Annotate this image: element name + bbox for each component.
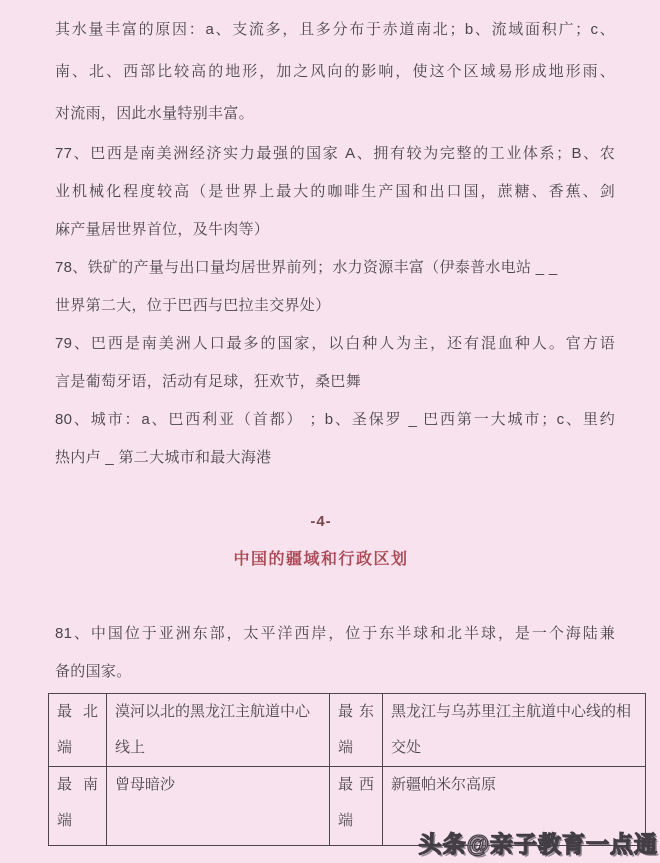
section-title: 中国的疆域和行政区划 [55, 541, 587, 579]
page-number: -4- [55, 503, 587, 541]
text-line: 端 [57, 803, 98, 839]
text-line: 78、铁矿的产量与出口量均居世界前列；水力资源丰富（伊泰普水电站 _ _ [55, 249, 615, 287]
text-line: 对流雨，因此水量特别丰富。 [55, 93, 615, 135]
text-line: 最 南 [57, 767, 98, 803]
text-line: 热内卢 _ 第二大城市和最大海港 [55, 439, 615, 477]
document-page: 其水量丰富的原因：a、支流多，且多分布于赤道南北；b、流域面积广；c、 南、北、… [0, 0, 660, 863]
text-line: 端 [338, 803, 374, 839]
text-line [115, 803, 321, 839]
text-line: 最 东 [338, 694, 374, 730]
table-row: 最 北 端 漠河以北的黑龙江主航道中心 线上 最 东 端 黑龙江与乌苏里江主航道… [49, 694, 646, 767]
text-line: 漠河以北的黑龙江主航道中心 [115, 694, 321, 730]
text-line: 77、巴西是南美洲经济实力最强的国家 A、拥有较为完整的工业体系；B、农 [55, 135, 615, 173]
paragraph-note-79: 79、巴西是南美洲人口最多的国家，以白种人为主，还有混血种人。官方语 言是葡萄牙… [55, 325, 615, 401]
text-line: 最 北 [57, 694, 98, 730]
extreme-label-cell: 最 南 端 [49, 767, 107, 846]
text-line: 80、城市：a、巴西利亚（首都） ；b、圣保罗 _ 巴西第一大城市；c、里约 [55, 401, 615, 439]
paragraph-note-80: 80、城市：a、巴西利亚（首都） ；b、圣保罗 _ 巴西第一大城市；c、里约 热… [55, 401, 615, 477]
text-line: 业机械化程度较高（是世界上最大的咖啡生产国和出口国，蔗糖、香蕉、剑 [55, 173, 615, 211]
extreme-value-cell: 曾母暗沙 [107, 767, 330, 846]
text-line: 言是葡萄牙语，活动有足球，狂欢节，桑巴舞 [55, 363, 615, 401]
paragraph-note-81: 81、中国位于亚洲东部，太平洋西岸，位于东半球和北半球，是一个海陆兼 备的国家。 [55, 615, 615, 691]
text-line: 交处 [391, 730, 637, 766]
extreme-label-cell: 最 北 端 [49, 694, 107, 767]
text-line: 麻产量居世界首位，及牛肉等） [55, 211, 615, 249]
notes-content: 其水量丰富的原因：a、支流多，且多分布于赤道南北；b、流域面积广；c、 南、北、… [0, 0, 660, 846]
text-line: 备的国家。 [55, 653, 615, 691]
paragraph-note-77: 77、巴西是南美洲经济实力最强的国家 A、拥有较为完整的工业体系；B、农 业机械… [55, 135, 615, 249]
text-line: 南、北、西部比较高的地形，加之风向的影响，使这个区域易形成地形雨、 [55, 51, 615, 93]
watermark: 头条@亲子教育一点通 [419, 826, 658, 859]
text-line: 新疆帕米尔高原 [391, 767, 637, 803]
extreme-label-cell: 最 东 端 [330, 694, 383, 767]
text-line: 线上 [115, 730, 321, 766]
extreme-value-cell: 黑龙江与乌苏里江主航道中心线的相 交处 [383, 694, 646, 767]
paragraph-water-abundance: 其水量丰富的原因：a、支流多，且多分布于赤道南北；b、流域面积广；c、 南、北、… [55, 9, 615, 135]
extreme-label-cell: 最 西 端 [330, 767, 383, 846]
text-line: 最 西 [338, 767, 374, 803]
text-line: 81、中国位于亚洲东部，太平洋西岸，位于东半球和北半球，是一个海陆兼 [55, 615, 615, 653]
text-line: 黑龙江与乌苏里江主航道中心线的相 [391, 694, 637, 730]
text-line: 79、巴西是南美洲人口最多的国家，以白种人为主，还有混血种人。官方语 [55, 325, 615, 363]
text-line: 曾母暗沙 [115, 767, 321, 803]
text-line: 端 [338, 730, 374, 766]
china-extremes-table: 最 北 端 漠河以北的黑龙江主航道中心 线上 最 东 端 黑龙江与乌苏里江主航道… [48, 693, 646, 846]
paragraph-note-78: 78、铁矿的产量与出口量均居世界前列；水力资源丰富（伊泰普水电站 _ _ 世界第… [55, 249, 615, 325]
extreme-value-cell: 漠河以北的黑龙江主航道中心 线上 [107, 694, 330, 767]
text-line: 端 [57, 730, 98, 766]
text-line: 世界第二大，位于巴西与巴拉圭交界处） [55, 287, 615, 325]
text-line: 其水量丰富的原因：a、支流多，且多分布于赤道南北；b、流域面积广；c、 [55, 9, 615, 51]
